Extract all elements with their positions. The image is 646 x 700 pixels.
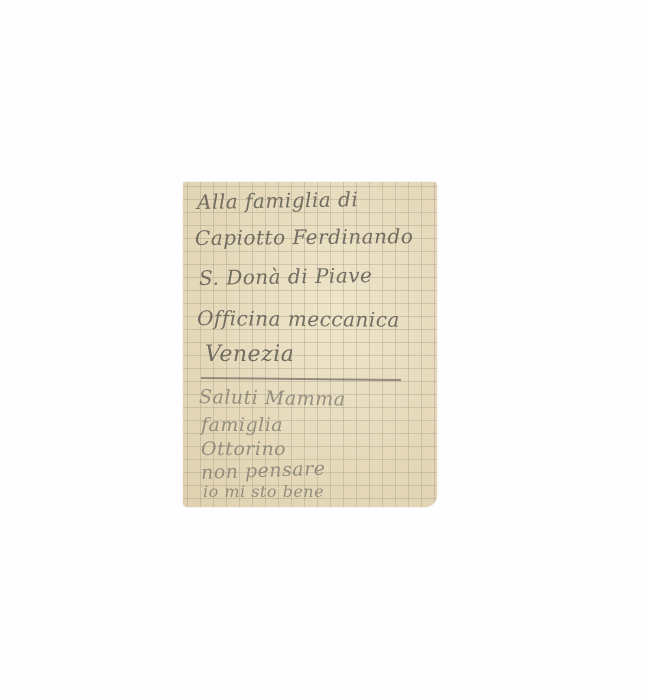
- address-line-4: Officina meccanica: [197, 306, 400, 332]
- message-line-2: famiglia: [201, 414, 283, 436]
- message-line-3: Ottorino: [201, 438, 286, 460]
- message-line-1: Saluti Mamma: [199, 386, 346, 411]
- divider-stroke: [201, 377, 401, 381]
- handwritten-note-paper: Alla famiglia di Capiotto Ferdinando S. …: [183, 182, 437, 507]
- message-line-5: io mi sto bene: [203, 482, 324, 501]
- message-line-4: non pensare: [201, 458, 326, 484]
- address-line-5: Venezia: [205, 342, 294, 367]
- address-line-3: S. Donà di Piave: [199, 263, 373, 290]
- scan-background: Alla famiglia di Capiotto Ferdinando S. …: [0, 0, 646, 700]
- address-line-2: Capiotto Ferdinando: [195, 224, 414, 250]
- address-line-1: Alla famiglia di: [197, 187, 359, 214]
